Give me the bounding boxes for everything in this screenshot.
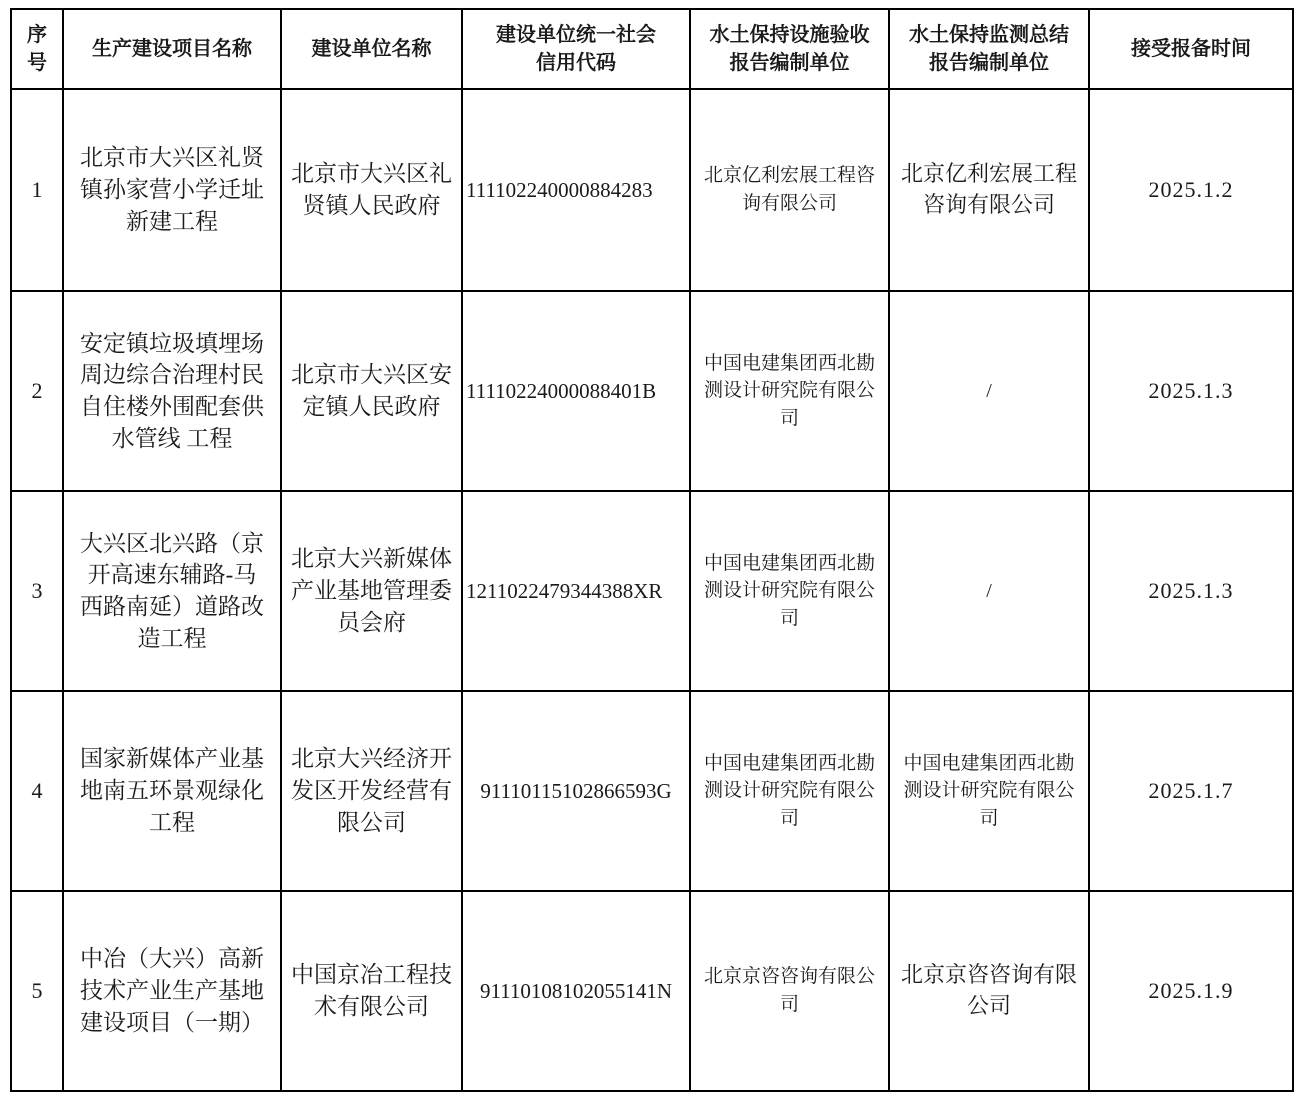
cell-credit-code: 1211022479344388XR — [462, 491, 690, 691]
cell-construction-unit: 北京大兴新媒体产业基地管理委员会府 — [281, 491, 462, 691]
header-project-name: 生产建设项目名称 — [63, 9, 281, 89]
cell-serial-number: 1 — [11, 89, 63, 291]
cell-project-name: 国家新媒体产业基地南五环景观绿化工程 — [63, 691, 281, 891]
cell-project-name: 大兴区北兴路（京开高速东辅路-马西路南延）道路改造工程 — [63, 491, 281, 691]
cell-construction-unit: 中国京冶工程技术有限公司 — [281, 891, 462, 1091]
cell-date-received: 2025.1.2 — [1089, 89, 1293, 291]
cell-date-received: 2025.1.7 — [1089, 691, 1293, 891]
cell-monitoring-report-unit: 北京京咨咨询有限公司 — [889, 891, 1089, 1091]
cell-credit-code: 91110115102866593G — [462, 691, 690, 891]
table-row: 3 大兴区北兴路（京开高速东辅路-马西路南延）道路改造工程 北京大兴新媒体产业基… — [11, 491, 1293, 691]
table-row: 5 中冶（大兴）高新技术产业生产基地建设项目（一期） 中国京冶工程技术有限公司 … — [11, 891, 1293, 1091]
cell-credit-code: 11110224000088401B — [462, 291, 690, 491]
cell-monitoring-report-unit: / — [889, 291, 1089, 491]
cell-project-name: 安定镇垃圾填埋场周边综合治理村民自住楼外围配套供水管线 工程 — [63, 291, 281, 491]
cell-serial-number: 4 — [11, 691, 63, 891]
cell-date-received: 2025.1.9 — [1089, 891, 1293, 1091]
cell-date-received: 2025.1.3 — [1089, 491, 1293, 691]
header-construction-unit: 建设单位名称 — [281, 9, 462, 89]
table-header-row: 序号 生产建设项目名称 建设单位名称 建设单位统一社会信用代码 水土保持设施验收… — [11, 9, 1293, 89]
cell-project-name: 北京市大兴区礼贤镇孙家营小学迁址新建工程 — [63, 89, 281, 291]
header-monitoring-report-unit: 水土保持监测总结报告编制单位 — [889, 9, 1089, 89]
header-serial-number: 序号 — [11, 9, 63, 89]
cell-monitoring-report-unit: 北京亿利宏展工程咨询有限公司 — [889, 89, 1089, 291]
header-acceptance-report-unit: 水土保持设施验收报告编制单位 — [690, 9, 889, 89]
cell-monitoring-report-unit: 中国电建集团西北勘测设计研究院有限公司 — [889, 691, 1089, 891]
cell-acceptance-report-unit: 北京亿利宏展工程咨询有限公司 — [690, 89, 889, 291]
cell-acceptance-report-unit: 北京京咨咨询有限公司 — [690, 891, 889, 1091]
cell-construction-unit: 北京市大兴区礼贤镇人民政府 — [281, 89, 462, 291]
cell-serial-number: 2 — [11, 291, 63, 491]
table-row: 2 安定镇垃圾填埋场周边综合治理村民自住楼外围配套供水管线 工程 北京市大兴区安… — [11, 291, 1293, 491]
cell-construction-unit: 北京市大兴区安定镇人民政府 — [281, 291, 462, 491]
header-date-received: 接受报备时间 — [1089, 9, 1293, 89]
cell-project-name: 中冶（大兴）高新技术产业生产基地建设项目（一期） — [63, 891, 281, 1091]
cell-serial-number: 3 — [11, 491, 63, 691]
cell-construction-unit: 北京大兴经济开发区开发经营有限公司 — [281, 691, 462, 891]
cell-date-received: 2025.1.3 — [1089, 291, 1293, 491]
header-credit-code: 建设单位统一社会信用代码 — [462, 9, 690, 89]
filing-records-table: 序号 生产建设项目名称 建设单位名称 建设单位统一社会信用代码 水土保持设施验收… — [10, 8, 1294, 1092]
cell-monitoring-report-unit: / — [889, 491, 1089, 691]
cell-credit-code: 111102240000884283 — [462, 89, 690, 291]
cell-credit-code: 91110108102055141N — [462, 891, 690, 1091]
table-row: 1 北京市大兴区礼贤镇孙家营小学迁址新建工程 北京市大兴区礼贤镇人民政府 111… — [11, 89, 1293, 291]
cell-acceptance-report-unit: 中国电建集团西北勘测设计研究院有限公司 — [690, 491, 889, 691]
table-row: 4 国家新媒体产业基地南五环景观绿化工程 北京大兴经济开发区开发经营有限公司 9… — [11, 691, 1293, 891]
cell-acceptance-report-unit: 中国电建集团西北勘测设计研究院有限公司 — [690, 291, 889, 491]
cell-serial-number: 5 — [11, 891, 63, 1091]
cell-acceptance-report-unit: 中国电建集团西北勘测设计研究院有限公司 — [690, 691, 889, 891]
